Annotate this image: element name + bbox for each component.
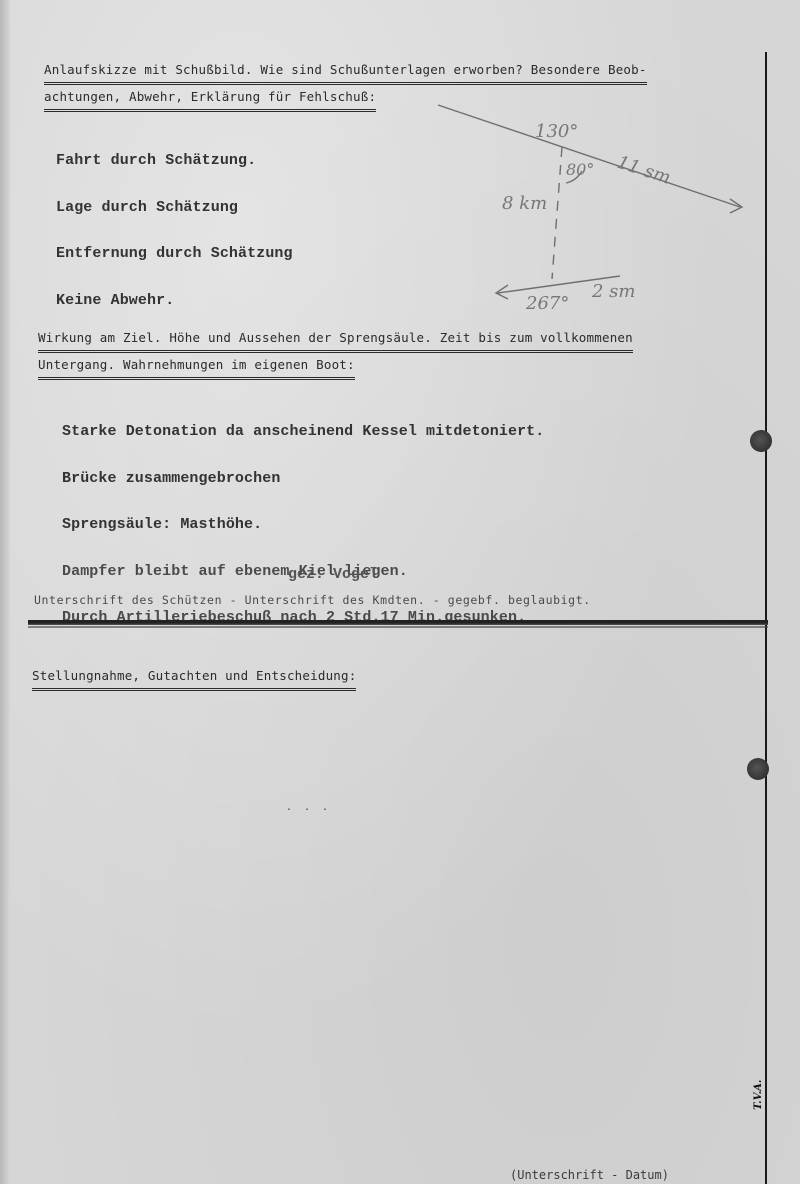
ellipsis-marks: ... <box>286 803 340 814</box>
section-divider-shadow <box>28 626 768 628</box>
section-1-typed-notes: Fahrt durch Schätzung. Lage durch Schätz… <box>56 122 293 339</box>
torpedo-track-line <box>552 147 562 279</box>
section-2-typed-notes: Starke Detonation da anscheinend Kessel … <box>62 393 544 657</box>
target-course-line <box>438 105 740 207</box>
typed-line: Lage durch Schätzung <box>56 200 293 216</box>
label-angle: 80° <box>566 160 594 179</box>
signature-date-caption: (Unterschrift - Datum) <box>510 1168 669 1182</box>
typed-line: Brücke zusammengebrochen <box>62 471 544 487</box>
attack-sketch: 130° 11 sm 80° 8 km 267° 2 sm <box>420 95 760 315</box>
section-1-heading-line-2: achtungen, Abwehr, Erklärung für Fehlsch… <box>44 85 376 112</box>
margin-rule <box>765 52 767 1184</box>
label-target-speed: 11 sm <box>614 152 673 189</box>
section-2-heading-line-1: Wirkung am Ziel. Höhe und Aussehen der S… <box>38 326 633 353</box>
section-2-heading: Wirkung am Ziel. Höhe und Aussehen der S… <box>38 326 633 380</box>
typed-line: Sprengsäule: Masthöhe. <box>62 517 544 533</box>
margin-stamp: T.V.A. <box>753 1080 764 1110</box>
section-3-heading: Stellungnahme, Gutachten und Entscheidun… <box>32 664 356 691</box>
section-divider <box>28 620 768 625</box>
label-target-course: 130° <box>535 121 578 142</box>
label-own-course: 267° <box>525 293 569 314</box>
signature-caption: Unterschrift des Schützen - Unterschrift… <box>34 593 591 607</box>
punch-hole-icon <box>747 758 769 780</box>
page-edge-shadow <box>0 0 10 1184</box>
label-distance: 8 km <box>502 193 547 214</box>
document-page: Anlaufskizze mit Schußbild. Wie sind Sch… <box>0 0 800 1184</box>
label-own-speed: 2 sm <box>591 281 635 302</box>
signature-name: gez. Vogel <box>288 566 378 583</box>
typed-line: Keine Abwehr. <box>56 293 293 309</box>
section-1-heading-line-1: Anlaufskizze mit Schußbild. Wie sind Sch… <box>44 58 647 85</box>
typed-line: Entfernung durch Schätzung <box>56 246 293 262</box>
section-3-heading-text: Stellungnahme, Gutachten und Entscheidun… <box>32 664 356 691</box>
punch-hole-icon <box>750 430 772 452</box>
section-2-heading-line-2: Untergang. Wahrnehmungen im eigenen Boot… <box>38 353 355 380</box>
typed-line: Fahrt durch Schätzung. <box>56 153 293 169</box>
typed-line: Starke Detonation da anscheinend Kessel … <box>62 424 544 440</box>
